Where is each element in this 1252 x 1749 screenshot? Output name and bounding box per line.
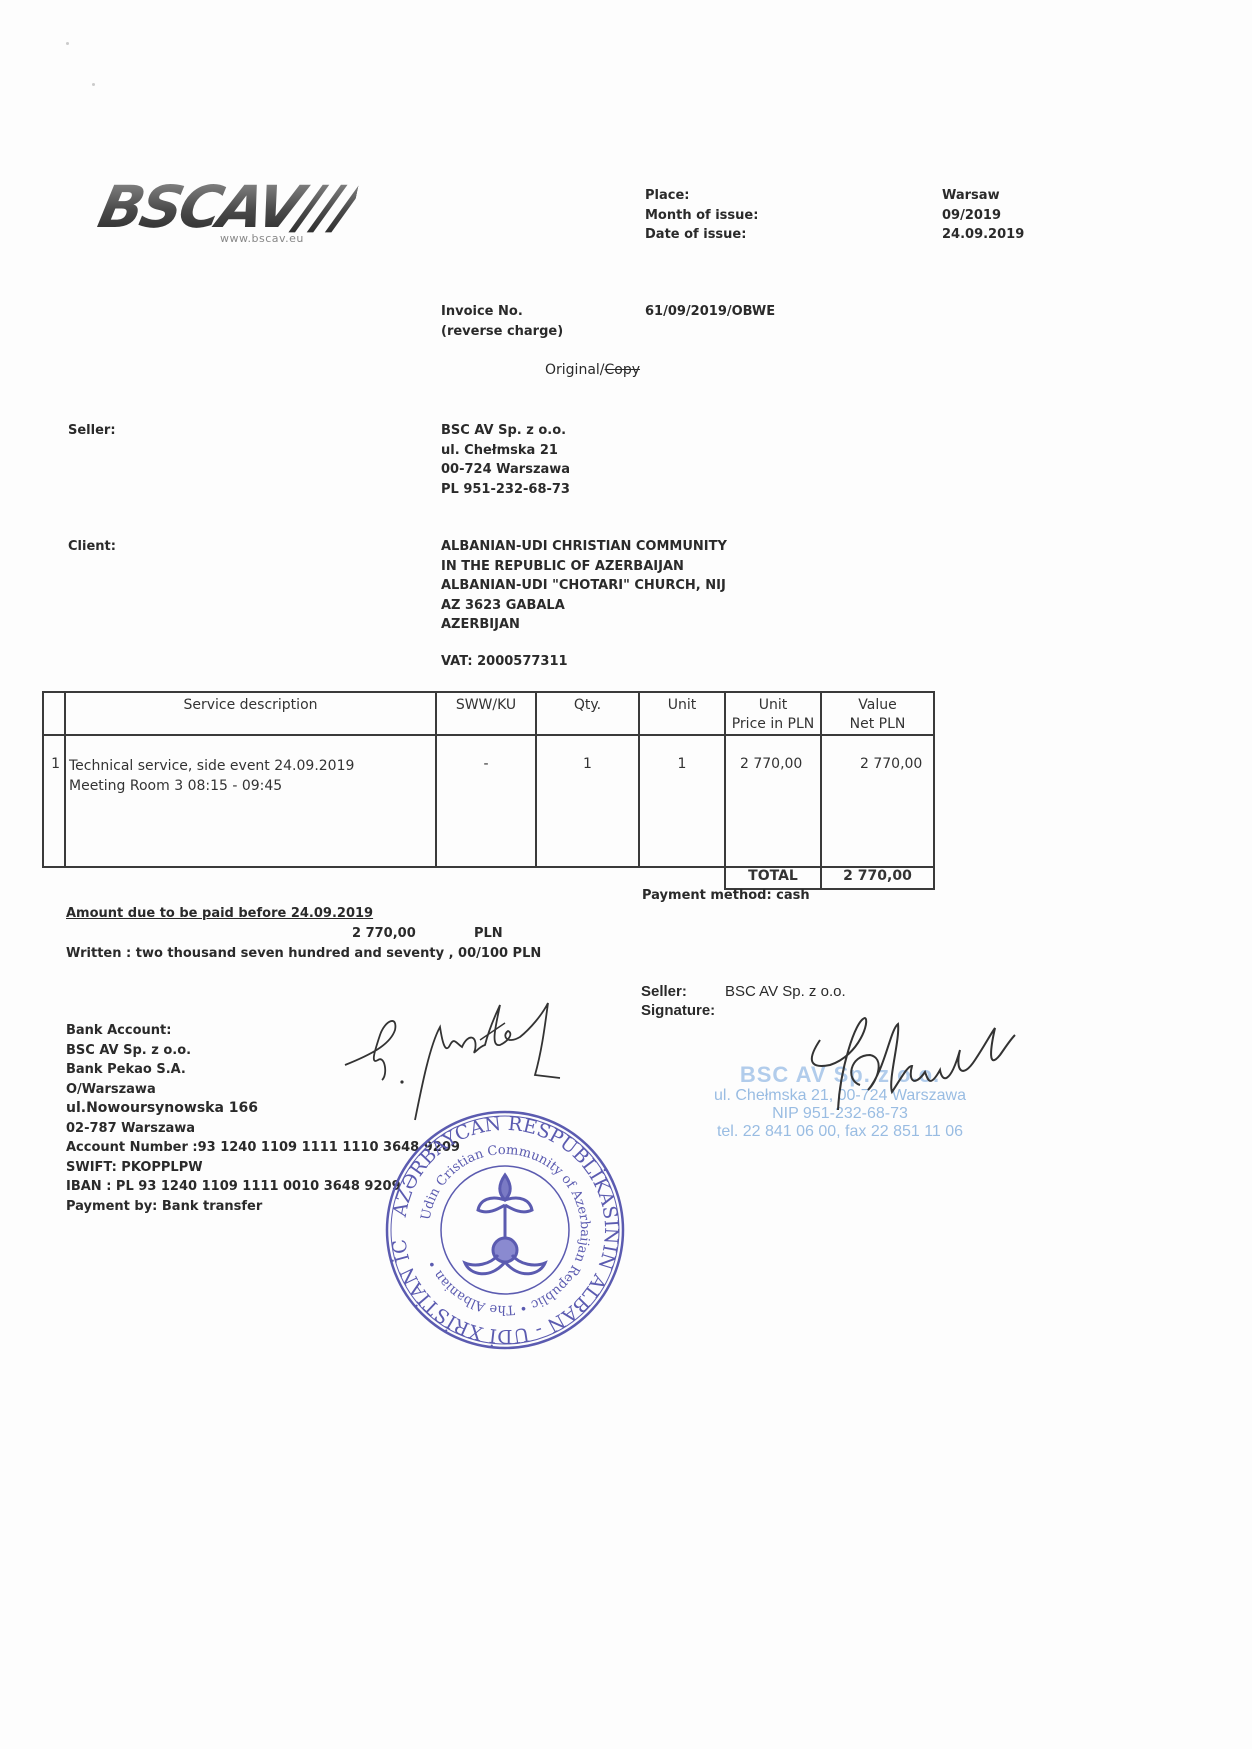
col-sww-header: SWW/KU (436, 692, 536, 735)
seller-line: ul. Chełmska 21 (441, 441, 570, 461)
table-row: 1 Technical service, side event 24.09.20… (43, 735, 934, 867)
issue-meta-labels: Place: Month of issue: Date of issue: (645, 186, 758, 245)
row-qty: 1 (536, 735, 639, 867)
row-unit: 1 (639, 735, 725, 867)
seller-label: Seller: (68, 421, 116, 441)
col-value-header: Value Net PLN (821, 692, 934, 735)
invoice-label-line: Invoice No. (441, 302, 563, 322)
col-qty-header: Qty. (536, 692, 639, 735)
amount-in-words: Written : two thousand seven hundred and… (66, 944, 541, 964)
invoice-label-line: (reverse charge) (441, 322, 563, 342)
header-line: Net PLN (822, 715, 933, 734)
bank-line: BSC AV Sp. z o.o. (66, 1041, 460, 1061)
description-line: Technical service, side event 24.09.2019 (69, 756, 435, 776)
bank-line: Bank Account: (66, 1021, 460, 1041)
issue-meta-values: Warsaw 09/2019 24.09.2019 (942, 186, 1024, 245)
client-line: IN THE REPUBLIC OF AZERBAIJAN (441, 557, 727, 577)
month-value: 09/2019 (942, 206, 1024, 226)
header-line: Price in PLN (726, 715, 820, 734)
description-line: Meeting Room 3 08:15 - 09:45 (69, 776, 435, 796)
date-value: 24.09.2019 (942, 225, 1024, 245)
tree-emblem-icon (465, 1175, 545, 1274)
client-line: ALBANIAN-UDI CHRISTIAN COMMUNITY (441, 537, 727, 557)
scan-speck (66, 42, 69, 45)
month-label: Month of issue: (645, 206, 758, 226)
client-label: Client: (68, 537, 116, 557)
col-unit-header: Unit (639, 692, 725, 735)
logo-mark: BSCAV/// (94, 178, 360, 236)
total-spacer (43, 867, 725, 889)
company-logo: BSCAV/// www.bscav.eu (100, 178, 410, 245)
row-description: Technical service, side event 24.09.2019… (65, 735, 436, 867)
total-value: 2 770,00 (821, 867, 934, 889)
date-label: Date of issue: (645, 225, 758, 245)
signature-seller-value: BSC AV Sp. z o.o. (725, 983, 846, 1000)
header-line: Unit (726, 696, 820, 715)
amount-due-label: Amount due to be paid before 24.09.2019 (66, 904, 373, 924)
col-unit-price-header: Unit Price in PLN (725, 692, 821, 735)
row-sww: - (436, 735, 536, 867)
community-seal: AZƏRBAYCAN RESPUBLİKASININ ALBAN - UDİ X… (380, 1105, 630, 1355)
table-header-row: Service description SWW/KU Qty. Unit Uni… (43, 692, 934, 735)
row-index: 1 (43, 735, 65, 867)
signature-label: Signature: (641, 1001, 725, 1020)
payment-method: Payment method: cash (642, 886, 810, 906)
place-value: Warsaw (942, 186, 1024, 206)
amount-due-value: 2 770,00 (352, 924, 416, 944)
original-label: Original/ (545, 362, 605, 378)
amount-due-currency: PLN (474, 924, 503, 944)
scan-speck (92, 83, 95, 86)
copy-struck-label: Copy (605, 362, 641, 378)
seller-address: BSC AV Sp. z o.o. ul. Chełmska 21 00-724… (441, 421, 570, 499)
client-line: AZ 3623 GABALA (441, 596, 727, 616)
client-vat: VAT: 2000577311 (441, 652, 568, 672)
original-copy-marker: Original/Copy (545, 362, 640, 378)
signature-seller-label: Seller: (641, 982, 725, 1001)
header-line: Value (822, 696, 933, 715)
col-description-header: Service description (65, 692, 436, 735)
seller-handwritten-signature (790, 1010, 1020, 1120)
row-value: 2 770,00 (821, 735, 934, 867)
client-line: ALBANIAN-UDI "CHOTARI" CHURCH, NIJ (441, 576, 727, 596)
client-address: ALBANIAN-UDI CHRISTIAN COMMUNITY IN THE … (441, 537, 727, 635)
seller-line: PL 951-232-68-73 (441, 480, 570, 500)
invoice-number-label: Invoice No. (reverse charge) (441, 302, 563, 341)
col-index-header (43, 692, 65, 735)
bank-line: Bank Pekao S.A. (66, 1060, 460, 1080)
place-label: Place: (645, 186, 758, 206)
items-table: Service description SWW/KU Qty. Unit Uni… (42, 691, 935, 890)
stamp-phone: tel. 22 841 06 00, fax 22 851 11 06 (690, 1123, 990, 1141)
client-line: AZERBIJAN (441, 615, 727, 635)
invoice-number: 61/09/2019/OBWE (645, 302, 775, 322)
row-unit-price: 2 770,00 (725, 735, 821, 867)
seller-line: BSC AV Sp. z o.o. (441, 421, 570, 441)
seller-line: 00-724 Warszawa (441, 460, 570, 480)
bank-line: O/Warszawa (66, 1080, 460, 1100)
